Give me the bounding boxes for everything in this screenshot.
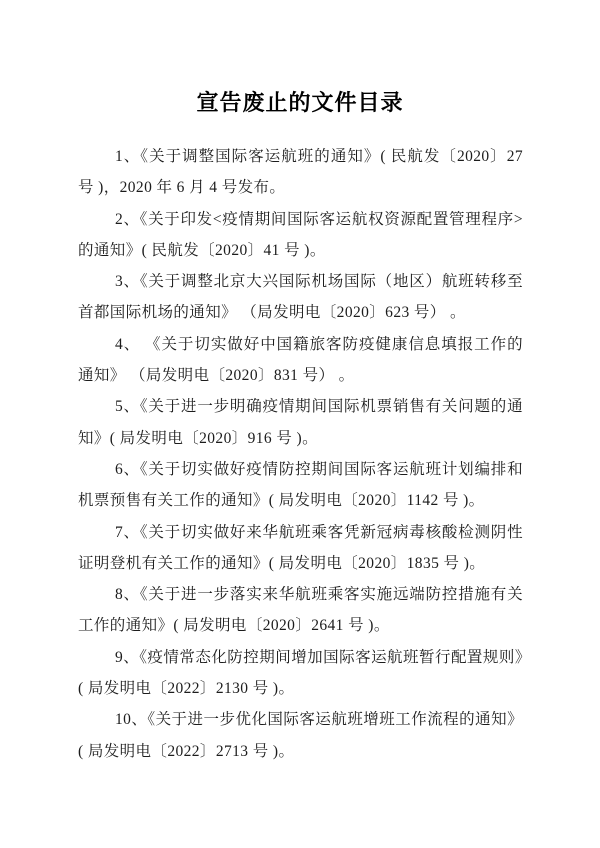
catalog-item: 5、《关于进一步明确疫情期间国际机票销售有关问题的通知》( 局发明电〔2020〕… [78, 391, 523, 454]
catalog-item: 9、《疫情常态化防控期间增加国际客运航班暂行配置规则》( 局发明电〔2022〕2… [78, 642, 523, 705]
page-title: 宣告废止的文件目录 [0, 0, 600, 116]
catalog-item: 8、《关于进一步落实来华航班乘客实施远端防控措施有关工作的通知》( 局发明电〔2… [78, 579, 523, 642]
catalog-item: 10、《关于进一步优化国际客运航班增班工作流程的通知》( 局发明电〔2022〕2… [78, 704, 523, 767]
catalog-item: 2、《关于印发<疫情期间国际客运航权资源配置管理程序>的通知》( 民航发〔202… [78, 204, 523, 267]
catalog-list: 1、《关于调整国际客运航班的通知》( 民航发〔2020〕27 号 )，2020 … [0, 141, 600, 767]
catalog-item: 1、《关于调整国际客运航班的通知》( 民航发〔2020〕27 号 )，2020 … [78, 141, 523, 204]
catalog-item: 3、《关于调整北京大兴国际机场国际（地区）航班转移至首都国际机场的通知》 （局发… [78, 266, 523, 329]
catalog-item: 7、《关于切实做好来华航班乘客凭新冠病毒核酸检测阴性证明登机有关工作的通知》( … [78, 517, 523, 580]
catalog-item: 6、《关于切实做好疫情防控期间国际客运航班计划编排和机票预售有关工作的通知》( … [78, 454, 523, 517]
document-page: 宣告废止的文件目录 1、《关于调整国际客运航班的通知》( 民航发〔2020〕27… [0, 0, 600, 848]
catalog-item: 4、 《关于切实做好中国籍旅客防疫健康信息填报工作的通知》 （局发明电〔2020… [78, 329, 523, 392]
